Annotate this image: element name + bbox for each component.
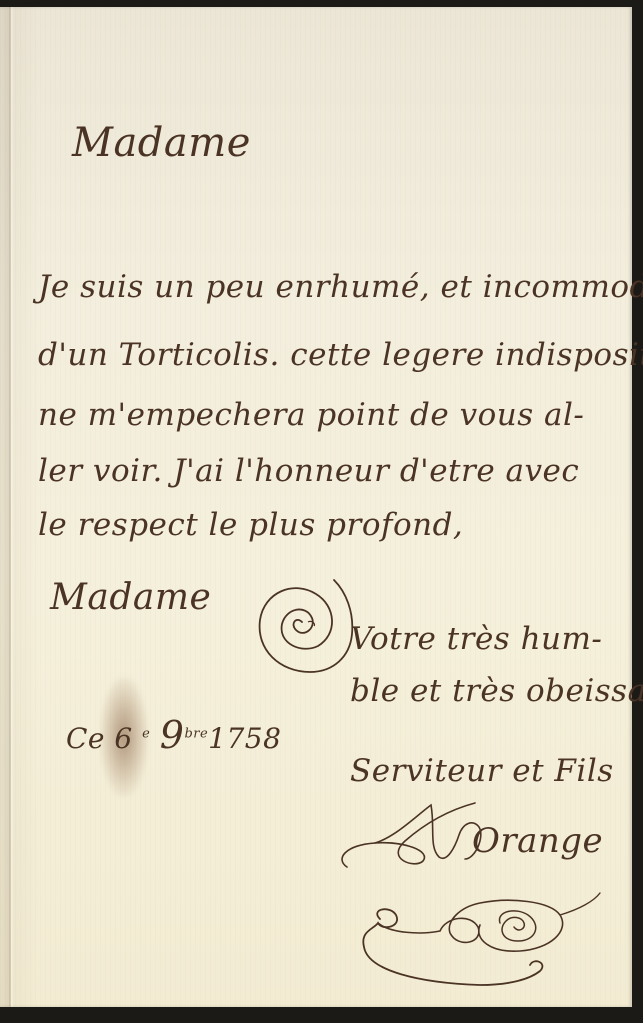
body-line-4: ler voir. J'ai l'honneur d'etre avec <box>38 453 579 489</box>
body-line-3: ne m'empechera point de vous al- <box>38 397 584 433</box>
paraph-flourish-icon <box>350 887 600 997</box>
closing-line-3: Serviteur et Fils <box>350 753 614 789</box>
date-year: 1758 <box>208 722 281 755</box>
closing-line-1: Votre très hum- <box>350 621 602 657</box>
date-day-sup: e <box>142 727 150 742</box>
closing-line-2: ble et très obeissant <box>350 673 643 709</box>
date-month-sup: bre <box>184 727 208 742</box>
date-day: 6 <box>114 722 132 755</box>
spiral-flourish-icon <box>250 572 360 682</box>
closing-salutation: Madame <box>50 577 211 618</box>
salutation: Madame <box>72 120 251 166</box>
signature-name: Orange <box>472 821 603 861</box>
signature-loop-flourish-icon <box>335 797 495 877</box>
scan-frame: Madame Je suis un peu enrhumé, et incomm… <box>0 0 643 1023</box>
date-prefix: Ce <box>66 722 105 755</box>
fold-line <box>9 7 11 1007</box>
body-line-2: d'un Torticolis. cette legere indisposit… <box>38 337 643 373</box>
letter-page: Madame Je suis un peu enrhumé, et incomm… <box>0 7 632 1007</box>
body-line-1: Je suis un peu enrhumé, et incommodé <box>38 269 643 305</box>
date-line: Ce 6 e 9bre1758 <box>66 713 281 757</box>
date-month: 9 <box>160 713 185 757</box>
body-line-5: le respect le plus profond, <box>38 507 463 543</box>
